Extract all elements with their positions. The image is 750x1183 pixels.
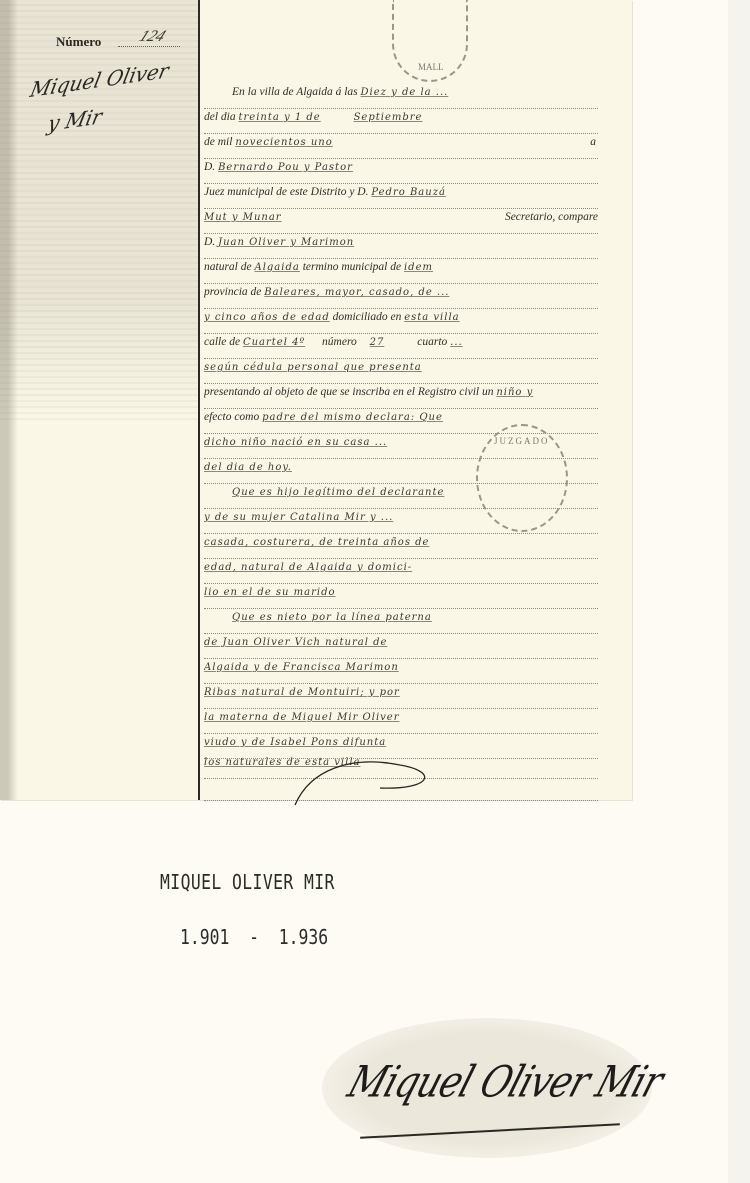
printed-text: del dia — [204, 111, 236, 123]
printed-text: D. — [204, 236, 215, 248]
record-line: según cédula personal que presenta — [204, 361, 598, 384]
handwritten-text: niño y — [496, 387, 533, 398]
record-line: del dia treinta y 1 de Septiembre — [204, 111, 598, 134]
record-line: Que es nieto por la línea paterna — [204, 611, 598, 634]
record-line: dicho niño nació en su casa ... — [204, 436, 598, 459]
handwritten-text: la materna de Miguel Mir Oliver — [204, 712, 400, 723]
printed-text: a — [590, 136, 596, 148]
printed-text: termino municipal de — [303, 261, 401, 273]
numero-label: Número — [56, 34, 101, 50]
printed-text: natural de — [204, 261, 252, 273]
handwritten-text: de Juan Oliver Vich natural de — [204, 637, 387, 648]
handwritten-text: Septiembre — [354, 112, 423, 123]
record-line: y cinco años de edad domiciliado en esta… — [204, 311, 598, 334]
handwritten-text: ... — [450, 337, 463, 348]
printed-text: Secretario, compare — [505, 211, 598, 223]
printed-text: D. — [204, 161, 215, 173]
handwritten-text: Algaida — [254, 262, 299, 273]
handwritten-text: Mut y Munar — [204, 212, 282, 223]
scanned-registry-page: Número 124 Miquel Oliver y Mir MALL JUZG… — [0, 0, 632, 800]
printed-text: calle de — [204, 336, 240, 348]
handwritten-text: casada, costurera, de treinta años de — [204, 537, 429, 548]
record-line: efecto como padre del mismo declara: Que — [204, 411, 598, 434]
printed-text: Juez municipal de este Distrito y D. — [204, 186, 368, 198]
handwritten-text: padre del mismo declara: Que — [262, 412, 443, 423]
record-line: y de su mujer Catalina Mir y ... — [204, 511, 598, 534]
stamp-text: MALL — [418, 62, 444, 72]
seal-stamp-top: MALL — [392, 0, 468, 82]
handwritten-text: viudo y de Isabel Pons difunta — [204, 737, 386, 748]
printed-text: número — [322, 336, 357, 348]
record-line: de mil novecientos uno a — [204, 136, 598, 159]
printed-text: presentando al objeto de que se inscriba… — [204, 386, 493, 398]
printed-text: de mil — [204, 136, 232, 148]
record-line: del dia de hoy. — [204, 461, 598, 484]
stub-divider-line — [198, 0, 200, 800]
printed-text: domiciliado en — [333, 311, 402, 323]
handwritten-text: Ribas natural de Montuiri; y por — [204, 687, 400, 698]
record-line: Mut y Munar Secretario, compare — [204, 211, 598, 234]
person-name-caption: MIQUEL OLIVER MIR — [160, 870, 335, 894]
record-line: de Juan Oliver Vich natural de — [204, 636, 598, 659]
handwritten-text: Diez y de la ... — [361, 87, 449, 98]
record-line: Ribas natural de Montuiri; y por — [204, 686, 598, 709]
record-line: D. Juan Oliver y Marimon — [204, 236, 598, 259]
record-line: edad, natural de Algaida y domici- — [204, 561, 598, 584]
record-line: casada, costurera, de treinta años de — [204, 536, 598, 559]
numero-rule — [118, 46, 180, 47]
handwritten-text: Que es nieto por la línea paterna — [232, 612, 432, 623]
printed-text: cuarto — [417, 336, 447, 348]
handwritten-text: Cuartel 4º — [243, 337, 305, 348]
record-line: lio en el de su marido — [204, 586, 598, 609]
record-line: presentando al objeto de que se inscriba… — [204, 386, 598, 409]
record-line: calle de Cuartel 4º número 27 cuarto ... — [204, 336, 598, 359]
record-line: En la villa de Algaida á las Diez y de l… — [204, 86, 598, 109]
handwritten-text: Pedro Bauzá — [371, 187, 446, 198]
handwritten-text: y cinco años de edad — [204, 312, 330, 323]
handwritten-text: y de su mujer Catalina Mir y ... — [204, 512, 393, 523]
record-line: Juez municipal de este Distrito y D. Ped… — [204, 186, 598, 209]
handwritten-text: treinta y 1 de — [239, 112, 321, 123]
record-line: Que es hijo legítimo del declarante — [204, 486, 598, 509]
record-line: Algaida y de Francisca Marimon — [204, 661, 598, 684]
signature: Miquel Oliver Mir — [342, 1058, 668, 1107]
handwritten-text: del dia de hoy. — [204, 462, 292, 473]
handwritten-text: Bernardo Pou y Pastor — [218, 162, 353, 173]
handwritten-text: Juan Oliver y Marimon — [218, 237, 354, 248]
life-dates-caption: 1.901 - 1.936 — [180, 925, 328, 949]
handwritten-text: según cédula personal que presenta — [204, 362, 422, 373]
closing-flourish-icon — [290, 750, 490, 810]
handwritten-text: lio en el de su marido — [204, 587, 336, 598]
record-line: la materna de Miguel Mir Oliver — [204, 711, 598, 734]
record-line: natural de Algaida termino municipal de … — [204, 261, 598, 284]
page-edge — [728, 0, 750, 1183]
handwritten-text: idem — [404, 262, 433, 273]
handwritten-text: Baleares, mayor, casado, de ... — [264, 287, 449, 298]
printed-text: provincia de — [204, 286, 261, 298]
handwritten-text: Algaida y de Francisca Marimon — [204, 662, 399, 673]
record-line: provincia de Baleares, mayor, casado, de… — [204, 286, 598, 309]
printed-text: efecto como — [204, 411, 259, 423]
handwritten-text: dicho niño nació en su casa ... — [204, 437, 387, 448]
printed-text: En la villa de Algaida á las — [232, 86, 358, 98]
handwritten-text: Que es hijo legítimo del declarante — [232, 487, 444, 498]
record-line: D. Bernardo Pou y Pastor — [204, 161, 598, 184]
handwritten-text: 27 — [370, 337, 385, 348]
handwritten-text: novecientos uno — [235, 137, 332, 148]
handwritten-text: esta villa — [404, 312, 459, 323]
handwritten-text: edad, natural de Algaida y domici- — [204, 562, 412, 573]
